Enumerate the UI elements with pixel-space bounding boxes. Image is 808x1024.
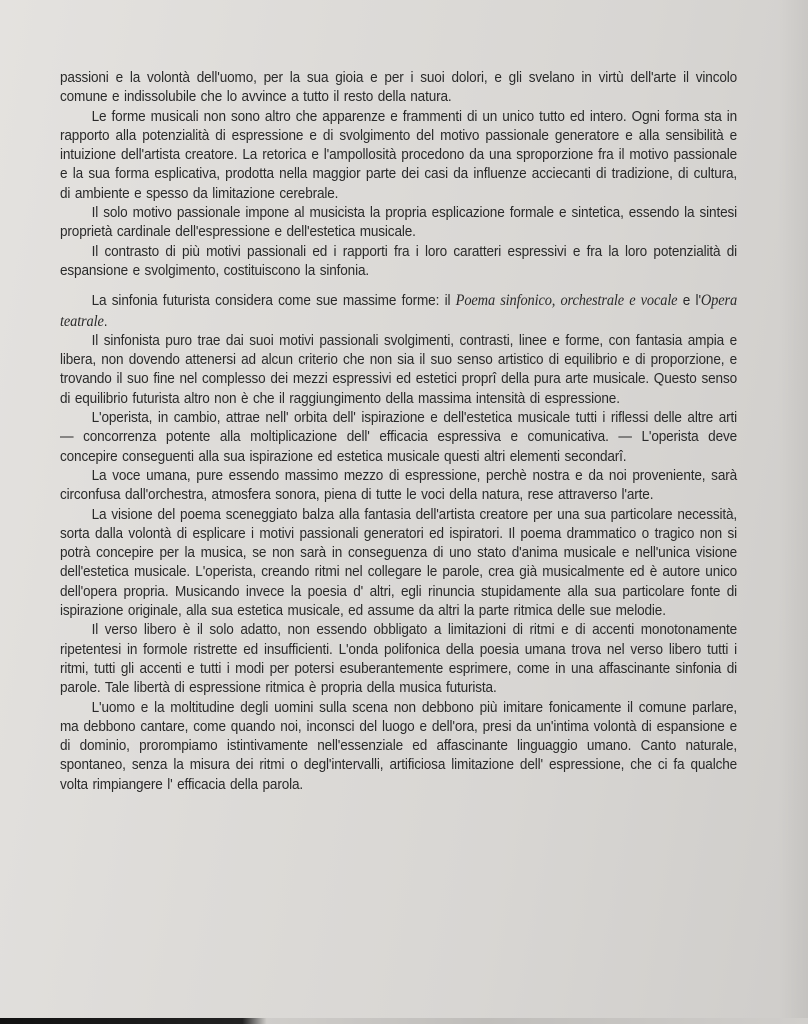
paragraph-5: La sinfonia futurista considera come sue… [60, 291, 737, 332]
paragraph-7: L'operista, in cambio, attrae nell' orbi… [60, 409, 737, 467]
paragraph-1: passioni e la volontà dell'uomo, per la … [60, 69, 737, 108]
paragraph-11: L'uomo e la moltitudine degli uomini sul… [60, 699, 737, 795]
paragraph-5-text-before: La sinfonia futurista considera come sue… [92, 293, 456, 309]
paragraph-9: La visione del poema sceneggiato balza a… [60, 506, 737, 622]
paragraph-4: Il contrasto di più motivi passionali ed… [60, 243, 737, 282]
page-shadow [778, 0, 808, 1024]
scan-bottom-edge [0, 1018, 808, 1024]
paragraph-5-text-middle: e l' [677, 293, 700, 309]
paragraph-8: La voce umana, pure essendo massimo mezz… [60, 467, 737, 506]
document-page: passioni e la volontà dell'uomo, per la … [60, 69, 737, 795]
italic-poema-sinfonico: Poema sinfonico, orchestrale e vocale [456, 292, 678, 309]
paragraph-5-text-after: . [104, 314, 108, 330]
paragraph-2: Le forme musicali non sono altro che app… [60, 108, 737, 204]
paragraph-10: Il verso libero è il solo adatto, non es… [60, 621, 737, 698]
paragraph-3: Il solo motivo passionale impone al musi… [60, 204, 737, 243]
paragraph-6: Il sinfonista puro trae dai suoi motivi … [60, 332, 737, 409]
